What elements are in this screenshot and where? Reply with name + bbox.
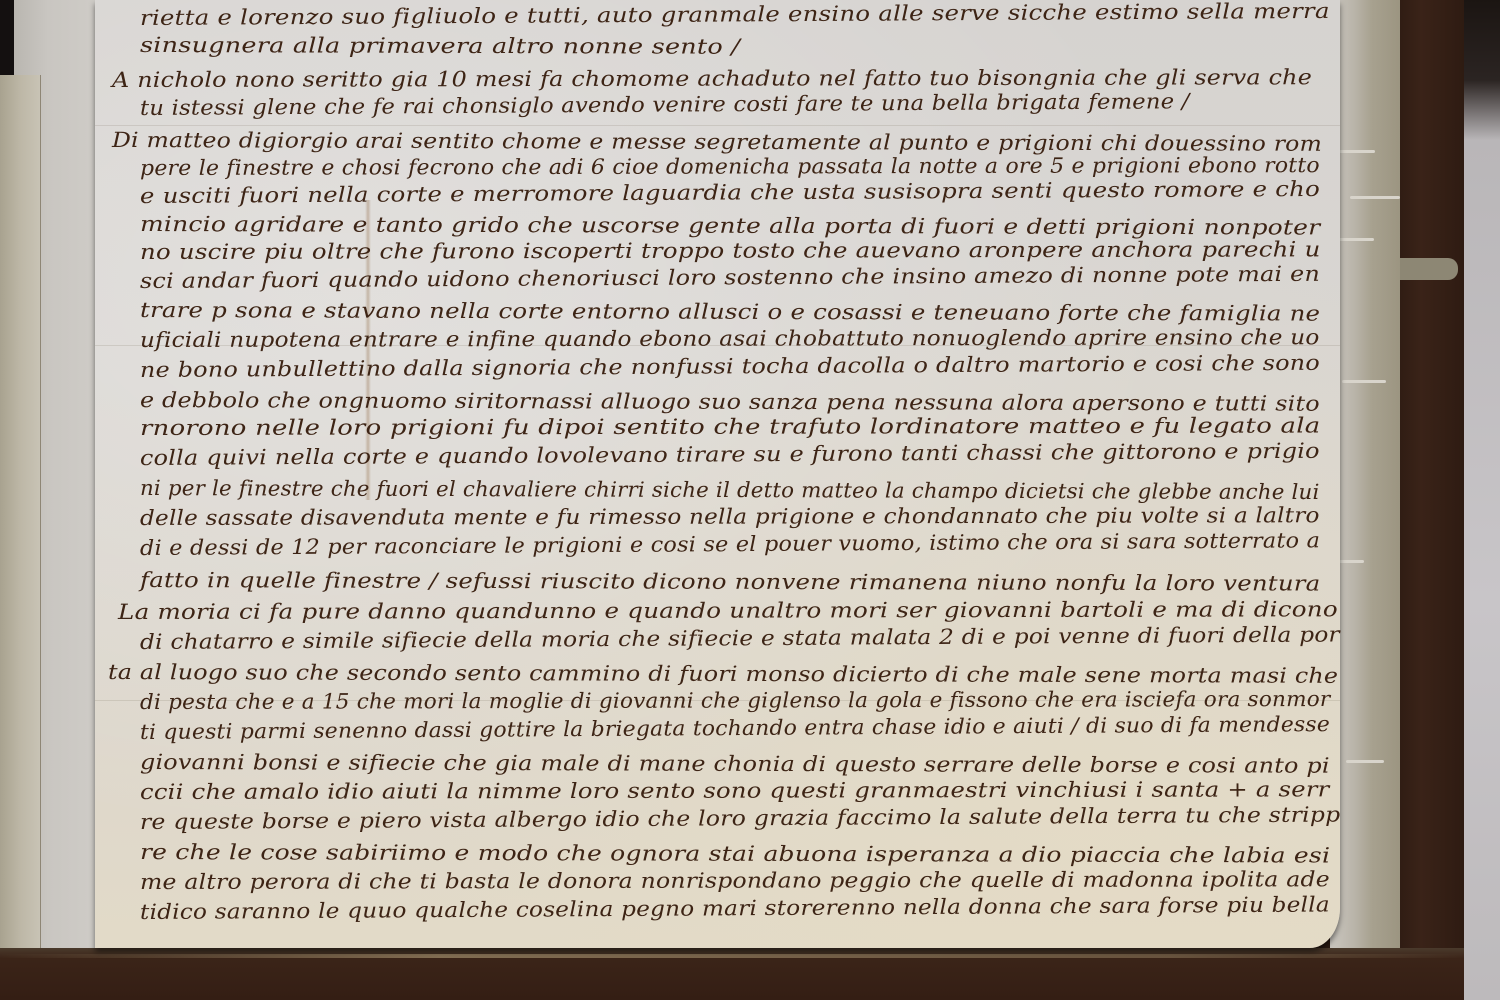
manuscript-line: me altro perora di che ti basta le donor…	[140, 867, 1330, 894]
manuscript-line: ta al luogo suo che secondo sento cammin…	[108, 660, 1338, 688]
manuscript-line: tu istessi glene che fe rai chonsiglo av…	[140, 89, 1190, 120]
manuscript-line: re che le cose sabiriimo e modo che ogno…	[140, 840, 1330, 867]
manuscript-line: fatto in quelle finestre / sefussi riusc…	[140, 568, 1321, 596]
manuscript-line: e debbolo che ongnuomo siritornassi allu…	[140, 388, 1320, 416]
manuscript-line: A nicholo nono seritto gia 10 mesi fa ch…	[112, 65, 1312, 92]
manuscript-line: Di matteo digiorgio arai sentito chome e…	[112, 128, 1322, 156]
handwritten-text: rietta e lorenzo suo figliuolo e tutti, …	[0, 0, 1500, 1000]
manuscript-line: ni per le finestre che fuori el chavalie…	[140, 476, 1320, 504]
manuscript-line: no uscire piu oltre che furono iscoperti…	[140, 237, 1321, 264]
manuscript-line: rietta e lorenzo suo figliuolo e tutti, …	[140, 0, 1330, 30]
manuscript-line: ccii che amalo idio aiuti la nimme loro …	[140, 777, 1330, 804]
manuscript-line: di pesta che e a 15 che mori la moglie d…	[140, 687, 1330, 714]
manuscript-line: La moria ci fa pure danno quandunno e qu…	[118, 597, 1338, 624]
manuscript-line: rnorono nelle loro prigioni fu dipoi sen…	[140, 413, 1320, 440]
manuscript-line: tidico saranno le quuo qualche coselina …	[140, 892, 1330, 924]
manuscript-line: ne bono unbullettino dalla signoria che …	[140, 351, 1320, 382]
manuscript-line: di e dessi de 12 per raconciare le prigi…	[140, 528, 1320, 560]
manuscript-line: colla quivi nella corte e quando lovolev…	[140, 439, 1320, 470]
manuscript-line: trare p sona e stavano nella corte entor…	[140, 298, 1320, 326]
manuscript-line: pere le finestre e chosi fecrono che adi…	[140, 153, 1320, 180]
manuscript-line: delle sassate disavenduta mente e fu rim…	[140, 503, 1320, 530]
manuscript-photo: rietta e lorenzo suo figliuolo e tutti, …	[0, 0, 1500, 1000]
manuscript-line: mincio agridare e tanto grido che uscors…	[140, 212, 1320, 239]
manuscript-line: uficiali nupotena entrare e infine quand…	[140, 325, 1320, 352]
manuscript-line: sci andar fuori quando uidono chenoriusc…	[140, 262, 1320, 293]
manuscript-line: re queste borse e piero vista albergo id…	[140, 803, 1341, 834]
manuscript-line: e usciti fuori nella corte e merromore l…	[140, 177, 1320, 208]
manuscript-line: sinsugnera alla primavera altro nonne se…	[140, 33, 740, 59]
manuscript-line: giovanni bonsi e sifiecie che gia male d…	[140, 750, 1330, 778]
manuscript-line: ti questi parmi senenno dassi gottire la…	[140, 712, 1330, 744]
manuscript-line: di chatarro e simile sifiecie della mori…	[140, 622, 1340, 654]
